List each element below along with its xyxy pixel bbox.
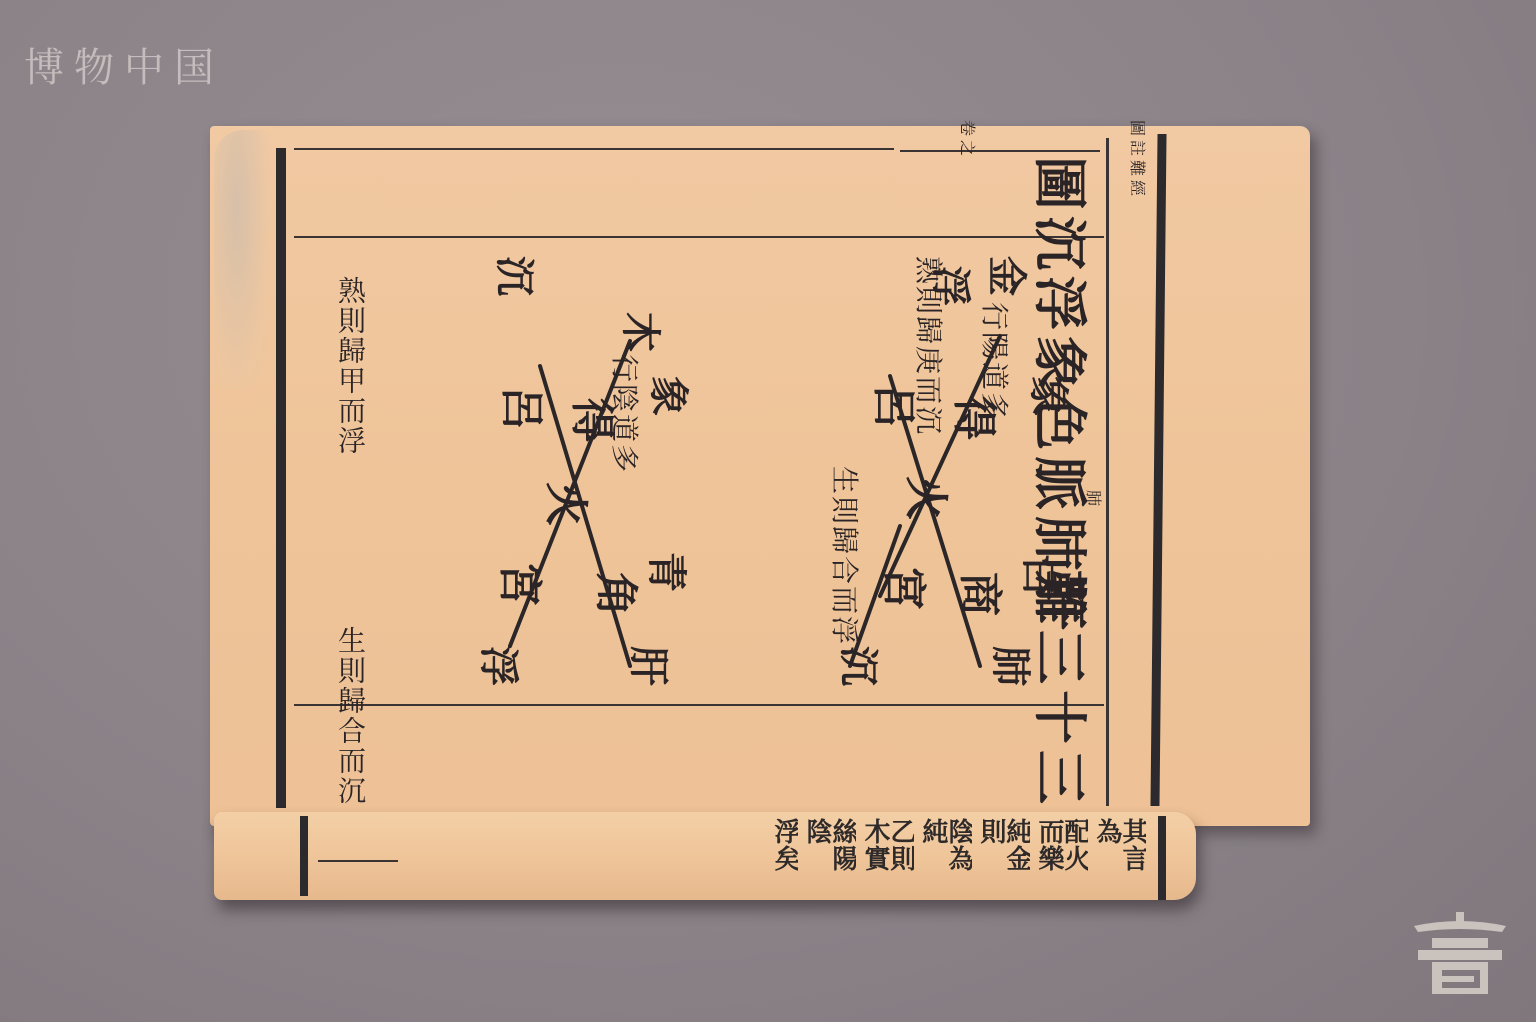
lower-right-note: 生則歸合而沉 [330, 626, 370, 806]
upper-node-b: 呂 [866, 384, 930, 432]
upper-right-end: 肺 [985, 646, 1042, 690]
lower-center: 火 [538, 482, 602, 530]
roll-text-block: 其言為 配火而樂 純金則 陰為純 乙則木實 絲陽陰 浮矣 [772, 818, 1146, 898]
roll-right-rule [1158, 816, 1166, 900]
roll-text-col: 乙則木實 [862, 818, 914, 898]
lower-left-end: 沉 [489, 256, 546, 300]
roll-text-col: 配火而樂 [1036, 818, 1088, 898]
museum-seal-logo-icon [1412, 912, 1508, 994]
upper-node-d: 宮 [876, 566, 940, 614]
roll-text-col: 純金則 [978, 818, 1030, 898]
upper-color-label: 白 [1015, 556, 1072, 600]
upper-top-mark: 象 [1023, 376, 1080, 420]
upper-right-note-end: 沉 [833, 646, 890, 690]
rolled-page: 其言為 配火而樂 純金則 陰為純 乙則木實 絲陽陰 浮矣 [214, 812, 1196, 900]
upper-node-c: 商 [952, 572, 1016, 620]
roll-left-rule [300, 816, 308, 896]
book-page: 圖註難經 卷之 圖沉浮象色脈肺肝 肺 難三十三 金 行陽道多 浮 熟則歸庚而沉 … [210, 126, 1310, 826]
upper-center: 火 [898, 476, 962, 524]
upper-left-label: 金 [981, 256, 1038, 300]
roll-text-col: 陰為純 [920, 818, 972, 898]
watermark-logo-text: 博物中国 [24, 36, 224, 93]
lower-left-label: 木 [615, 312, 672, 356]
lower-left-note: 熟則歸甲而浮 [330, 276, 370, 456]
lower-right-note-end: 浮 [473, 646, 530, 690]
roll-text-col: 浮矣 [772, 818, 798, 898]
lower-top-mark: 象 [643, 376, 700, 420]
diagram-lines [210, 126, 1310, 826]
lower-node-b: 呂 [494, 386, 558, 434]
lower-node-a: 得 [564, 398, 628, 446]
roll-text-col: 絲陽陰 [804, 818, 856, 898]
lower-node-c: 角 [588, 572, 652, 620]
lower-right-end: 肝 [623, 646, 680, 690]
roll-inner-rule [318, 860, 398, 862]
roll-text-col: 其言為 [1094, 818, 1146, 898]
upper-right-note: 生則歸合而浮 [826, 466, 866, 646]
lower-node-d: 宮 [492, 562, 556, 610]
upper-node-a: 得 [946, 396, 1010, 444]
